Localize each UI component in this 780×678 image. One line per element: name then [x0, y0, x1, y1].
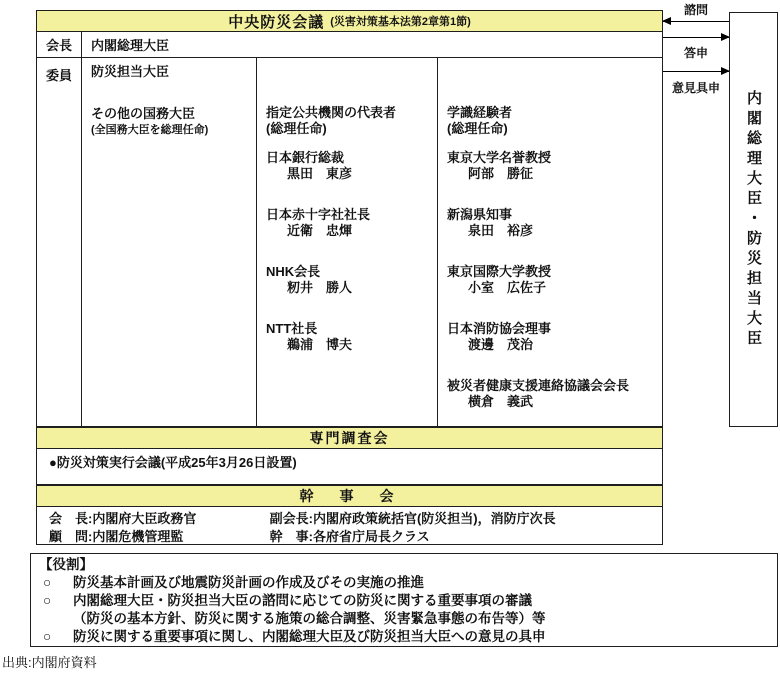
secretariat-vice-chair: 副会長:内閣府政策統括官(防災担当)，消防庁次長: [270, 511, 556, 526]
secretariat-chair: 会 長:内閣府大臣政務官: [49, 510, 266, 528]
chair-label-cell: 会長: [37, 32, 82, 57]
opinion-label: 意見具申: [672, 79, 720, 96]
members-col-experts: 学識経験者 (総理任命) 東京大学名誉教授 阿部 勝征 新潟県知事 泉田 裕彦 …: [438, 58, 662, 426]
roles-header: 【役割】: [39, 556, 769, 574]
secretariat-row: 顧 問:内閣危機管理監 幹 事:各府省庁局長クラス: [49, 528, 650, 546]
consult-arrow-icon: [663, 21, 729, 22]
role-text: 防災に関する重要事項に関し、内閣総理大臣及び防災担当大臣への意見の具申: [73, 628, 769, 646]
council-header: 中央防災会議 (災害対策基本法第2章第1節): [37, 11, 662, 32]
secretariat-body: 会 長:内閣府大臣政務官 副会長:内閣府政策統括官(防災担当)，消防庁次長 顧 …: [37, 507, 662, 548]
member-entry: NHK会長 籾井 勝人: [266, 264, 429, 296]
secretariat-advisor: 顧 問:内閣危機管理監: [49, 528, 266, 546]
experts-heading: 学識経験者 (総理任命): [447, 64, 654, 137]
expert-committee-box: 専門調査会 ●防災対策実行会議(平成25年3月26日設置): [36, 427, 663, 485]
members-col-ministers: 防災担当大臣 その他の国務大臣 (全国務大臣を総理任命): [82, 58, 257, 426]
expert-committee-header: 専門調査会: [37, 428, 662, 449]
members-row: 委員 防災担当大臣 その他の国務大臣 (全国務大臣を総理任命) 指定公共機関の代…: [37, 58, 662, 426]
council-title: 中央防災会議: [228, 11, 324, 32]
members-label-cell: 委員: [37, 58, 82, 426]
secretariat-header: 幹 事 会: [37, 486, 662, 507]
public-orgs-heading-note: (総理任命): [266, 121, 429, 137]
member-title: NHK会長: [266, 264, 429, 280]
member-name: 泉田 裕彦: [447, 223, 654, 239]
role-text: 防災基本計画及び地震防災計画の作成及びその実施の推進: [73, 574, 769, 592]
members-col-public-orgs: 指定公共機関の代表者 (総理任命) 日本銀行総裁 黒田 東彦 日本赤十字社社長 …: [257, 58, 438, 426]
report-label: 答申: [684, 44, 708, 61]
circle-bullet-icon: ○: [39, 574, 73, 592]
role-text: 内閣総理大臣・防災担当大臣の諮問に応じての防災に関する重要事項の審議: [73, 592, 769, 610]
other-ministers-note: (全国務大臣を総理任命): [91, 122, 248, 138]
member-title: 東京国際大学教授: [447, 264, 654, 280]
member-title: 日本銀行総裁: [266, 150, 429, 166]
member-entry: 被災者健康支援連絡協議会会長 横倉 義武: [447, 378, 654, 410]
roles-box: 【役割】 ○ 防災基本計画及び地震防災計画の作成及びその実施の推進 ○ 内閣総理…: [30, 553, 778, 647]
chair-value-cell: 内閣総理大臣: [82, 32, 662, 57]
member-entry: 日本銀行総裁 黒田 東彦: [266, 150, 429, 182]
report-arrow-icon: [663, 37, 729, 38]
member-name: 黒田 東彦: [266, 166, 429, 182]
minister-disaster: 防災担当大臣: [91, 64, 248, 80]
member-name: 鵜浦 博夫: [266, 337, 429, 353]
public-orgs-heading: 指定公共機関の代表者 (総理任命): [266, 64, 429, 137]
member-name: 小室 広佐子: [447, 280, 654, 296]
other-ministers-label: その他の国務大臣: [91, 106, 248, 122]
member-name: 近衛 忠煇: [266, 223, 429, 239]
source-note: 出典:内閣府資料: [2, 652, 97, 671]
role-item: ○ 防災基本計画及び地震防災計画の作成及びその実施の推進: [39, 574, 769, 592]
member-title: 日本赤十字社社長: [266, 207, 429, 223]
consult-label: 諮問: [684, 1, 708, 18]
role-item: ○ 防災に関する重要事項に関し、内閣総理大臣及び防災担当大臣への意見の具申: [39, 628, 769, 646]
bullet-spacer: [39, 610, 73, 628]
secretariat-box: 幹 事 会 会 長:内閣府大臣政務官 副会長:内閣府政策統括官(防災担当)，消防…: [36, 485, 663, 545]
pm-minister-label: 内閣総理大臣・防災担当大臣: [746, 90, 761, 350]
secretariat-members: 幹 事:各府省庁局長クラス: [270, 529, 430, 544]
expert-committee-item: ●防災対策実行会議(平成25年3月26日設置): [37, 449, 662, 484]
member-entry: 日本消防協会理事 渡邊 茂治: [447, 321, 654, 353]
member-title: 被災者健康支援連絡協議会会長: [447, 378, 654, 394]
circle-bullet-icon: ○: [39, 592, 73, 610]
member-entry: 東京大学名誉教授 阿部 勝征: [447, 150, 654, 182]
member-entry: NTT社長 鵜浦 博夫: [266, 321, 429, 353]
public-orgs-heading-text: 指定公共機関の代表者: [266, 105, 429, 121]
experts-heading-text: 学識経験者: [447, 105, 654, 121]
council-box: 中央防災会議 (災害対策基本法第2章第1節) 会長 内閣総理大臣 委員 防災担当…: [36, 10, 663, 427]
member-entry: 日本赤十字社社長 近衛 忠煇: [266, 207, 429, 239]
member-entry: 東京国際大学教授 小室 広佐子: [447, 264, 654, 296]
role-item: ○ 内閣総理大臣・防災担当大臣の諮問に応じての防災に関する重要事項の審議: [39, 592, 769, 610]
secretariat-row: 会 長:内閣府大臣政務官 副会長:内閣府政策統括官(防災担当)，消防庁次長: [49, 510, 650, 528]
member-name: 横倉 義武: [447, 394, 654, 410]
other-ministers: その他の国務大臣 (全国務大臣を総理任命): [91, 106, 248, 138]
opinion-arrow-icon: [663, 71, 729, 72]
member-title: 新潟県知事: [447, 207, 654, 223]
member-title: 日本消防協会理事: [447, 321, 654, 337]
org-chart-central-disaster-council: 中央防災会議 (災害対策基本法第2章第1節) 会長 内閣総理大臣 委員 防災担当…: [0, 0, 780, 678]
chair-row: 会長 内閣総理大臣: [37, 32, 662, 58]
member-name: 阿部 勝征: [447, 166, 654, 182]
pm-minister-box: 内閣総理大臣・防災担当大臣: [729, 12, 778, 427]
relation-arrows: 諮問 答申 意見具申: [663, 0, 729, 100]
role-item-continuation: （防災の基本方針、防災に関する施策の総合調整、災害緊急事態の布告等）等: [39, 610, 769, 628]
member-name: 渡邊 茂治: [447, 337, 654, 353]
council-subtitle: (災害対策基本法第2章第1節): [330, 13, 471, 29]
member-entry: 新潟県知事 泉田 裕彦: [447, 207, 654, 239]
role-text: （防災の基本方針、防災に関する施策の総合調整、災害緊急事態の布告等）等: [73, 610, 769, 628]
member-name: 籾井 勝人: [266, 280, 429, 296]
member-title: NTT社長: [266, 321, 429, 337]
member-title: 東京大学名誉教授: [447, 150, 654, 166]
experts-heading-note: (総理任命): [447, 121, 654, 137]
circle-bullet-icon: ○: [39, 628, 73, 646]
